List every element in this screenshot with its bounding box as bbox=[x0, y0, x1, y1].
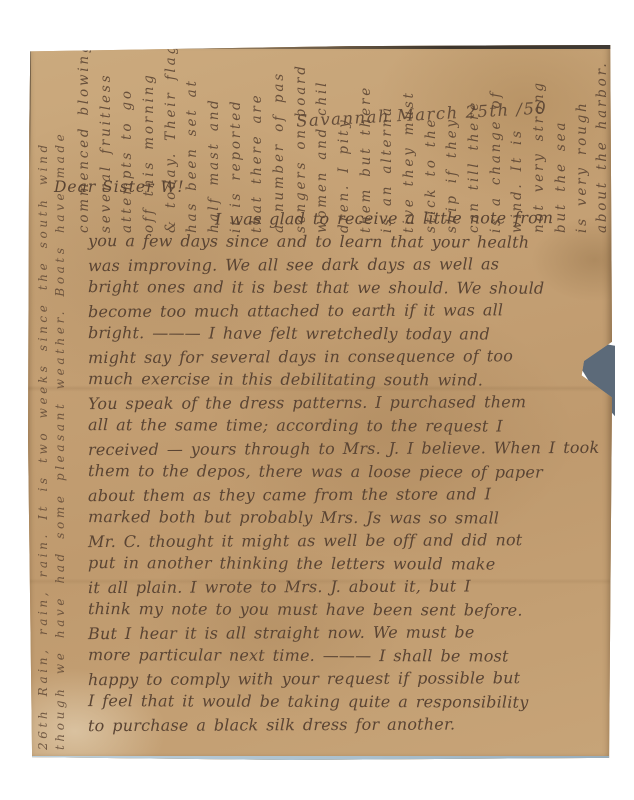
letter-line: But I hear it is all straight now. We mu… bbox=[88, 620, 602, 645]
letter-line: put in another thinking the letters woul… bbox=[88, 551, 602, 576]
scan-background: 26th Rain, rain, rain. It is two weeks s… bbox=[0, 0, 634, 800]
letter-line: it all plain. I wrote to Mrs. J. about i… bbox=[88, 574, 602, 599]
letter-line: much exercise in this debilitating south… bbox=[88, 367, 602, 392]
letter-line: I feel that it would be taking quite a r… bbox=[88, 689, 602, 714]
letter-line: I was glad to receive a little note from bbox=[88, 206, 602, 231]
letter-line: received — yours through to Mrs. J. I be… bbox=[88, 436, 602, 461]
margin-note-line: 26th Rain, rain, rain. It is two weeks s… bbox=[36, 141, 50, 750]
letter-salutation: Dear Sister W! bbox=[54, 178, 185, 196]
letter-body: I was glad to receive a little note from… bbox=[88, 207, 602, 736]
letter-line: happy to comply with your request if pos… bbox=[88, 666, 602, 691]
letter-line: about them as they came from the store a… bbox=[88, 482, 602, 507]
letter-line: to purchase a black silk dress for anoth… bbox=[88, 712, 602, 737]
letter-paper: 26th Rain, rain, rain. It is two weeks s… bbox=[28, 45, 612, 760]
paper-bottom-edge bbox=[28, 756, 612, 760]
letter-line: more particular next time. ——— I shall b… bbox=[88, 643, 602, 668]
letter-line: marked both but probably Mrs. Js was so … bbox=[88, 505, 602, 530]
letter-line: was improving. We all see dark days as w… bbox=[88, 252, 602, 277]
paper-top-edge bbox=[28, 45, 612, 49]
letter-line: become too much attached to earth if it … bbox=[88, 298, 602, 323]
letter-line: bright. ——— I have felt wretchedly today… bbox=[88, 321, 602, 346]
letter-line: bright ones and it is best that we shoul… bbox=[88, 275, 602, 300]
letter-line: you a few days since and to learn that y… bbox=[88, 229, 602, 254]
letter-dateline: Savannah March 25th /50 bbox=[296, 98, 548, 130]
letter-line: You speak of the dress patterns. I purch… bbox=[88, 390, 602, 415]
cross-writing-column: commenced blowing bbox=[76, 42, 92, 233]
paper-left-edge-mark bbox=[28, 49, 31, 169]
cross-writing-column: & today. Their flag bbox=[163, 43, 179, 233]
letter-line: think my note to you must have been sent… bbox=[88, 597, 602, 622]
letter-line: all at the same time; according to the r… bbox=[88, 413, 602, 438]
letter-line: Mr. C. thought it might as well be off a… bbox=[88, 528, 602, 553]
letter-line: them to the depos, there was a loose pie… bbox=[88, 459, 602, 484]
margin-note-line: though we have had some pleasant weather… bbox=[53, 131, 67, 750]
letter-line: might say for several days in consequenc… bbox=[88, 344, 602, 369]
